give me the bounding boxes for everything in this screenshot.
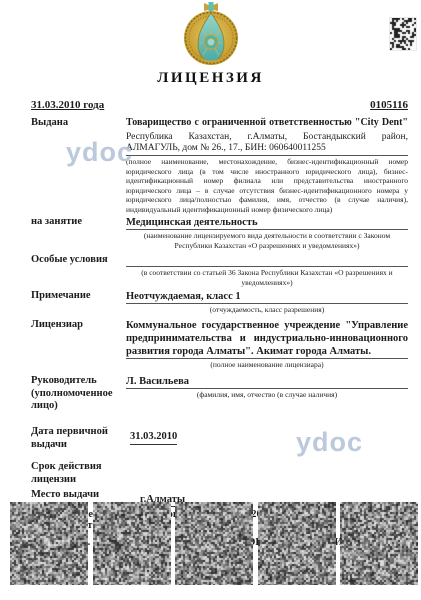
qr-code-icon xyxy=(389,17,417,51)
note-value: Неотчуждаемая, класс 1 xyxy=(126,290,408,304)
field-note: Примечание Неотчуждаемая, класс 1 (отчуж… xyxy=(31,290,408,315)
field-label: Особые условия xyxy=(31,254,126,287)
fields-section: Выдана Товарищество с ограниченной ответ… xyxy=(31,117,408,548)
field-label: на занятие xyxy=(31,216,126,250)
field-activity: на занятие Медицинская деятельность (наи… xyxy=(31,216,408,250)
license-document-page: ydoc ydoc xyxy=(0,0,421,600)
special-conditions-caption: (в соответствии со статьей 36 Закона Рес… xyxy=(126,268,408,287)
special-conditions-value xyxy=(126,254,408,267)
activity-value: Медицинская деятельность xyxy=(126,216,408,230)
kazakhstan-emblem-icon xyxy=(181,2,241,66)
barcode-strip xyxy=(10,502,418,585)
licensor-caption: (полное наименование лицензиара) xyxy=(126,360,408,369)
field-licensor: Лицензиар Коммунальное государственное у… xyxy=(31,319,408,370)
field-label: Руководитель (уполномоченное лицо) xyxy=(31,375,126,412)
note-caption: (отчуждаемость, класс разрешения) xyxy=(126,305,408,314)
field-label: Выдана xyxy=(31,117,126,214)
emblem-container xyxy=(0,0,421,64)
field-special-conditions: Особые условия (в соответствии со статье… xyxy=(31,254,408,287)
field-issued-to: Выдана Товарищество с ограниченной ответ… xyxy=(31,117,408,214)
issued-to-value: Товарищество с ограниченной ответственно… xyxy=(126,117,408,130)
issued-to-address: Республика Казахстан, г.Алматы, Бостанды… xyxy=(126,132,408,157)
activity-caption: (наименование лицензируемого вида деятел… xyxy=(126,231,408,250)
field-head: Руководитель (уполномоченное лицо) Л. Ва… xyxy=(31,375,408,412)
issued-to-caption: (полное наименование, местонахождение, б… xyxy=(126,157,408,214)
field-first-issue-date: Дата первичной выдачи 31.03.2010 xyxy=(31,426,408,451)
barcode-block xyxy=(93,502,171,585)
barcode-block xyxy=(258,502,336,585)
barcode-block xyxy=(175,502,253,585)
head-value: Л. Васильева xyxy=(126,375,408,389)
issue-date: 31.03.2010 года xyxy=(31,99,104,111)
head-caption: (фамилия, имя, отчество (в случае наличи… xyxy=(126,390,408,399)
meta-row: 31.03.2010 года 0105116 xyxy=(31,99,408,111)
field-label: Лицензиар xyxy=(31,319,126,370)
field-label: Дата первичной выдачи xyxy=(31,426,130,451)
document-title: ЛИЦЕНЗИЯ xyxy=(0,70,421,87)
first-issue-date-value: 31.03.2010 xyxy=(130,431,177,444)
barcode-block xyxy=(340,502,418,585)
field-label: Срок действия лицензии xyxy=(31,461,126,486)
license-number: 0105116 xyxy=(370,99,408,111)
field-validity: Срок действия лицензии xyxy=(31,461,408,486)
licensor-value: Коммунальное государственное учреждение … xyxy=(126,319,408,359)
field-label: Примечание xyxy=(31,290,126,315)
barcode-block xyxy=(10,502,88,585)
